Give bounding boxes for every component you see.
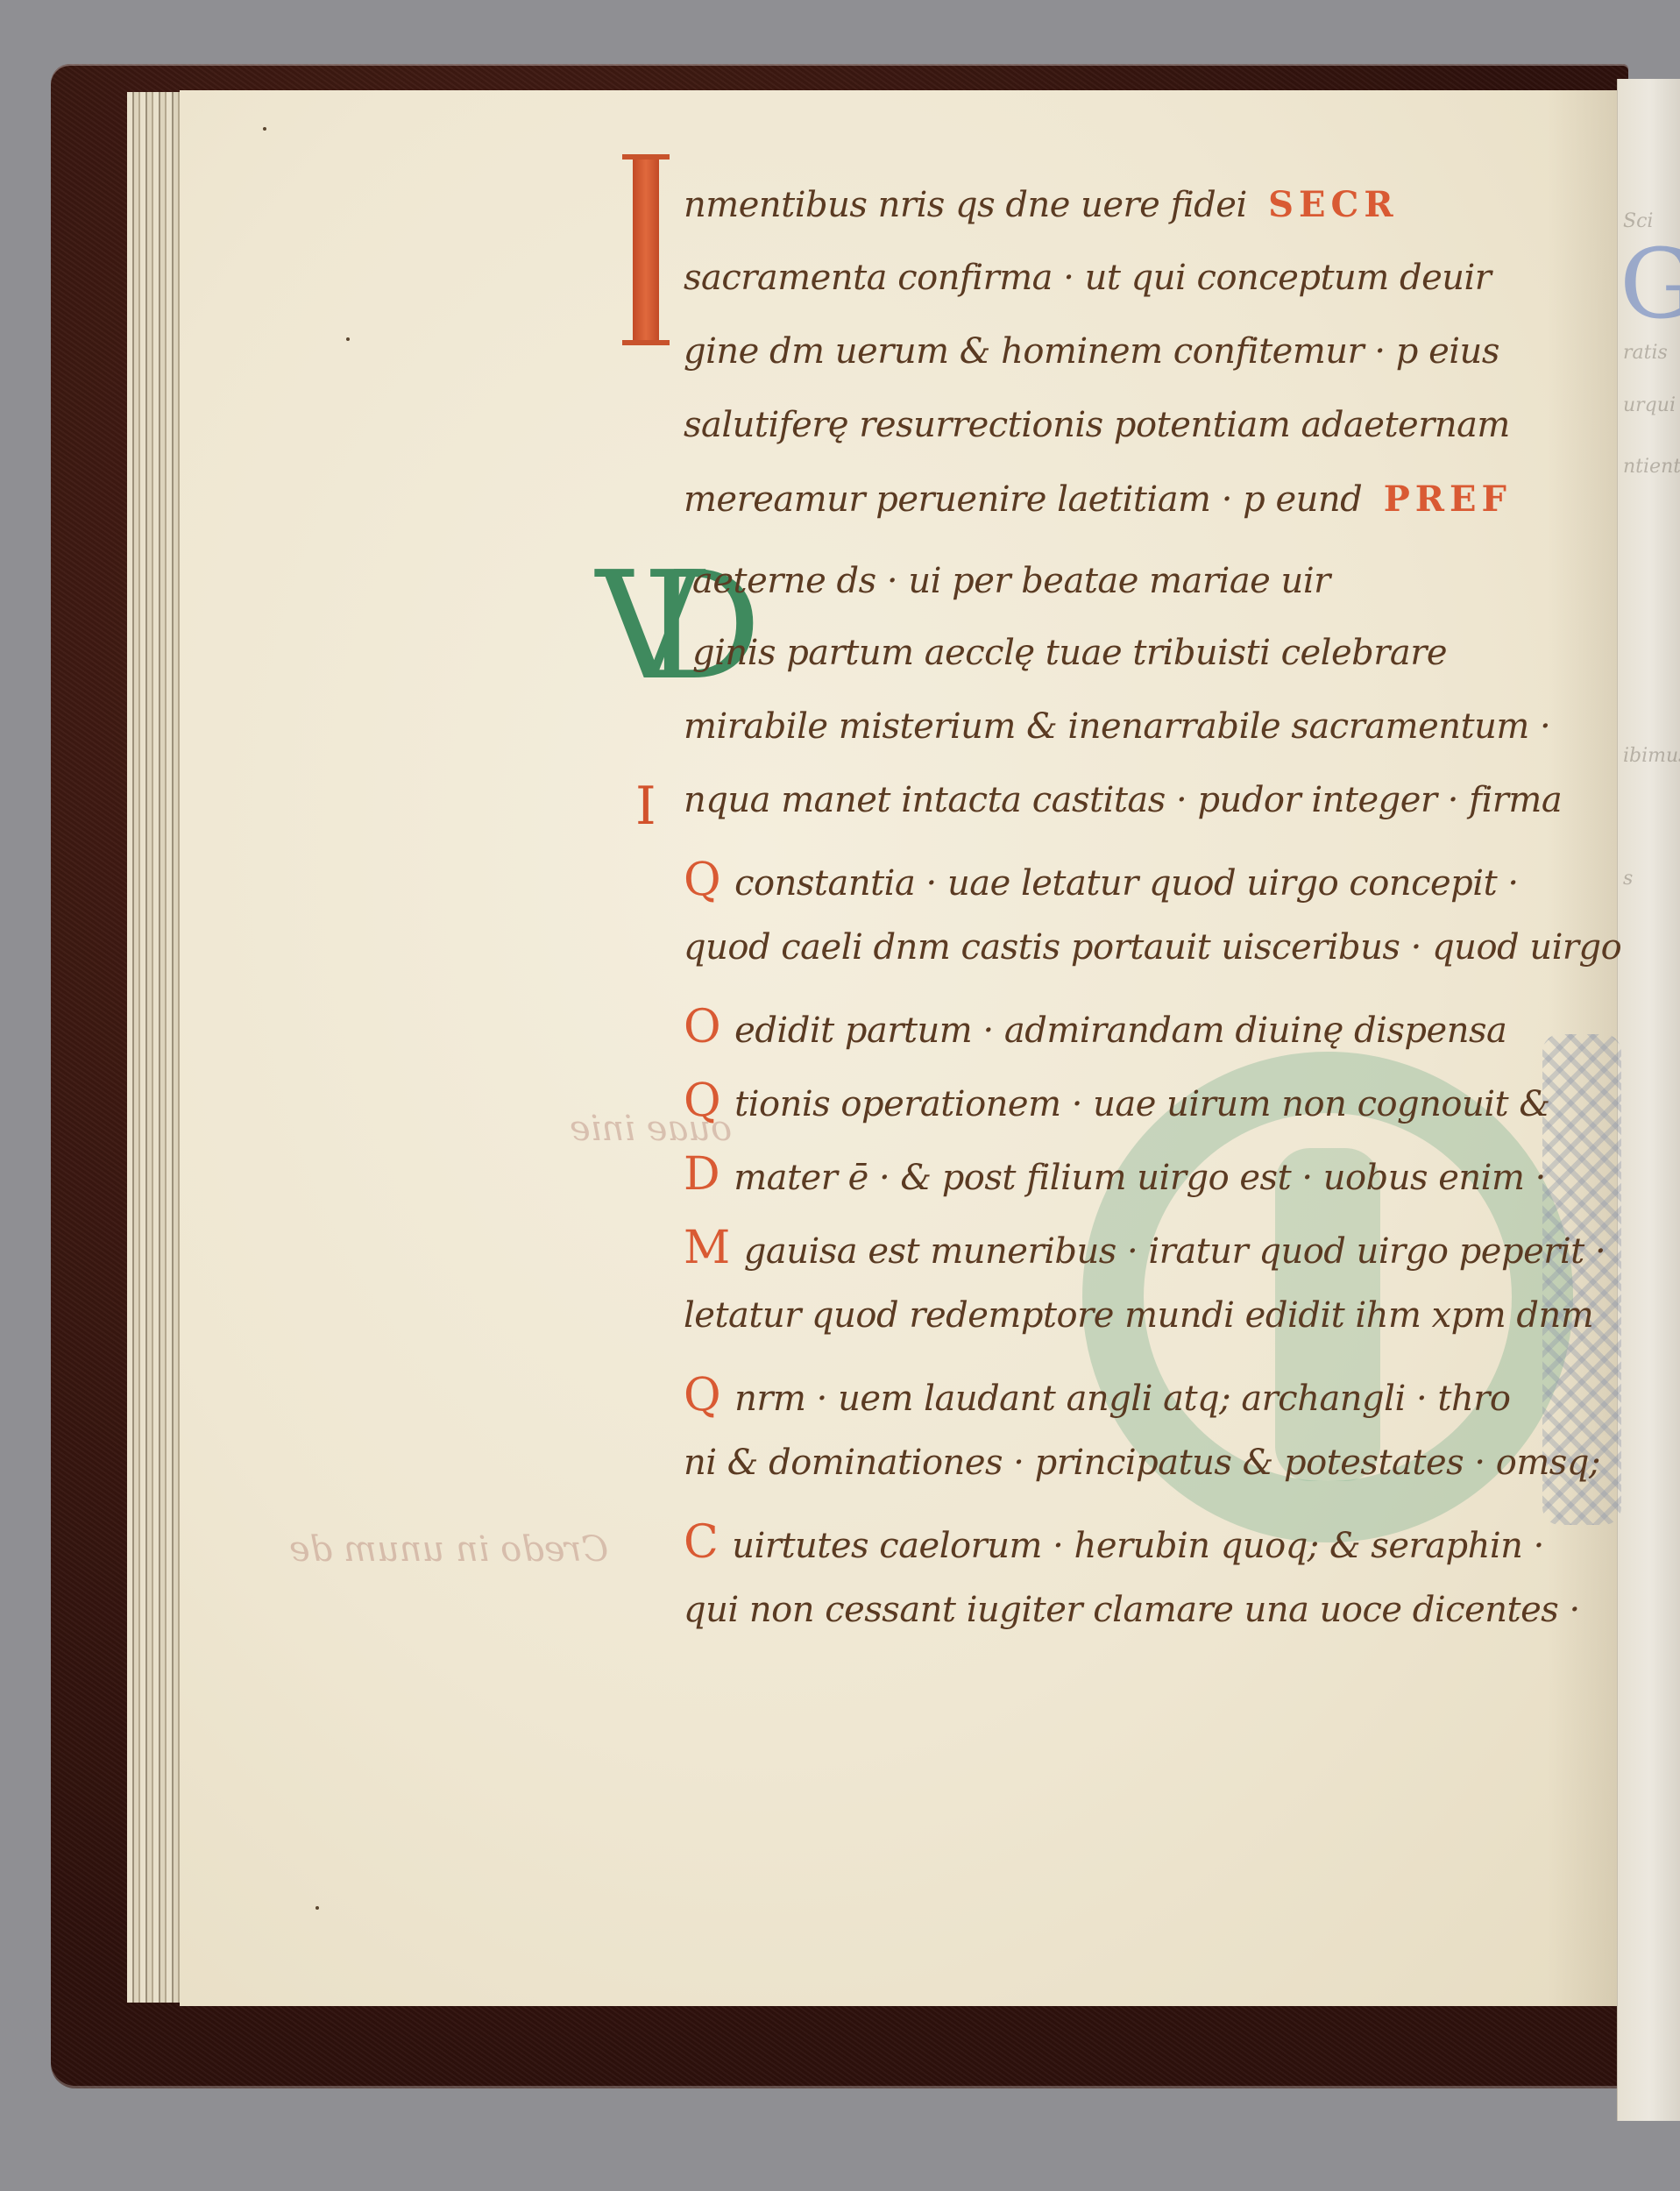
text-line-13: Qtionis operationem · uae uirum non cogn…: [684, 1074, 1549, 1136]
facing-page-strip: G Sci ratis urqui ntientu ibimus s: [1617, 79, 1680, 2121]
show-through-text: Credo in unum de: [289, 1529, 608, 1570]
text-line-19: Cuirtutes caelorum · herubin quoq; & ser…: [684, 1516, 1544, 1578]
text-line-4: salutiferę resurrectionis potentiam adae…: [684, 405, 1510, 466]
facing-fragment: Sci: [1623, 210, 1653, 232]
text-line-12: Oedidit partum · admirandam diuinę dispe…: [684, 1001, 1506, 1062]
text-line-17: Qnrm · uem laudant angli atq; archangli …: [684, 1369, 1510, 1430]
initial-VD-green: VD: [596, 552, 700, 701]
text-line-11: quod caeli dnm castis portauit uisceribu…: [684, 927, 1621, 989]
facing-page-initial: G: [1620, 228, 1680, 340]
initial-I-rubric: I: [635, 776, 656, 837]
ink-speck: [315, 1906, 319, 1910]
rubric-pref: PREF: [1384, 479, 1512, 520]
facing-fragment: ibimus: [1623, 745, 1680, 767]
ink-speck: [263, 127, 266, 131]
rubric-initial: Q: [684, 1369, 720, 1422]
facing-fragment: ntientu: [1623, 456, 1680, 478]
initial-I-red: [633, 158, 659, 342]
ink-speck: [346, 337, 350, 341]
rubric-initial: C: [684, 1516, 718, 1569]
text-line-20: qui non cessant iugiter clamare una uoce…: [684, 1590, 1580, 1651]
text-line-18: ni & dominationes · principatus & potest…: [684, 1443, 1600, 1504]
facing-fragment: s: [1623, 868, 1633, 890]
text-line-16: letatur quod redemptore mundi edidit ihm…: [684, 1295, 1593, 1357]
text-line-2: sacramenta confirma · ut qui conceptum d…: [684, 258, 1491, 319]
facing-fragment: ratis: [1623, 342, 1668, 364]
facing-fragment: urqui: [1623, 394, 1676, 416]
text-line-9: nqua manet intacta castitas · pudor inte…: [684, 780, 1562, 841]
text-line-7: ginis partum aecclę tuae tribuisti celeb…: [692, 633, 1447, 694]
text-line-14: Dmater ē · & post filium uirgo est · uob…: [684, 1148, 1546, 1209]
text-line-8: mirabile misterium & inenarrabile sacram…: [684, 706, 1550, 768]
text-line-6: aeterne ds · ui per beatae mariae uir: [692, 561, 1330, 622]
rubric-initial: Q: [684, 854, 720, 906]
rubric-initial: M: [684, 1222, 730, 1274]
rubric-initial: O: [684, 1001, 720, 1053]
text-line-1: nmentibus nris qs dne uere fidei SECR: [684, 184, 1399, 245]
text-line-15: Mgauisa est muneribus · iratur quod uirg…: [684, 1222, 1606, 1283]
text-line-5: mereamur peruenire laetitiam · p eund PR…: [684, 479, 1512, 540]
text-line-10: Qconstantia · uae letatur quod uirgo con…: [684, 854, 1519, 915]
text-line-3: gine dm uerum & hominem confitemur · p e…: [684, 331, 1499, 393]
rubric-secr: SECR: [1268, 184, 1398, 225]
rubric-initial: Q: [684, 1074, 720, 1127]
rubric-initial: D: [684, 1148, 719, 1201]
